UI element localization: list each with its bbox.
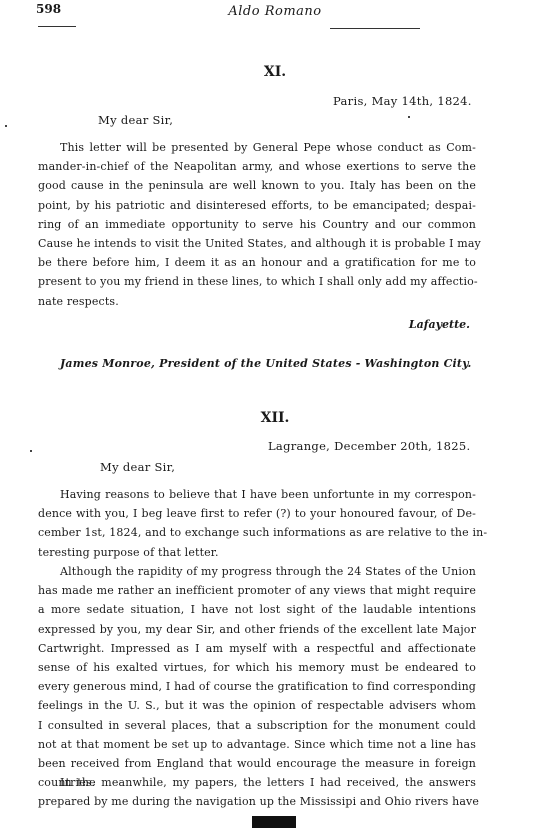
letter-xii-paragraph-3: In the meanwhile, my papers, the letters… (38, 773, 476, 811)
letter-xi-signature: Lafayette. (409, 318, 470, 331)
text-line: every generous mind, I had of course the… (38, 677, 476, 696)
scan-speck (408, 116, 410, 118)
text-line: a more sedate situation, I have not lost… (38, 600, 476, 619)
text-line: Cause he intends to visit the United Sta… (38, 234, 476, 253)
text-line: sense of his exalted virtues, for which … (38, 658, 476, 677)
text-line: dence with you, I beg leave first to ref… (38, 504, 476, 523)
letter-xi-numeral: XI. (0, 64, 550, 80)
text-line: This letter will be presented by General… (38, 138, 476, 157)
letter-xi-addressee: James Monroe, President of the United St… (60, 357, 472, 370)
letter-xii-dateline: Lagrange, December 20th, 1825. (268, 439, 470, 453)
letter-xi-dateline: Paris, May 14th, 1824. (333, 94, 472, 108)
text-line: Having reasons to believe that I have be… (38, 485, 476, 504)
text-line: Although the rapidity of my progress thr… (38, 562, 476, 581)
letter-xii-paragraph-1: Having reasons to believe that I have be… (38, 485, 476, 562)
scan-speck (5, 125, 7, 127)
text-line: Cartwright. Impressed as I am myself wit… (38, 639, 476, 658)
text-line: has made me rather an inefficient promot… (38, 581, 476, 600)
text-line: point, by his patriotic and disinteresed… (38, 196, 476, 215)
letter-xi-salutation: My dear Sir, (98, 113, 173, 127)
text-line: be there before him, I deem it as an hon… (38, 253, 476, 272)
text-line: not at that moment be set up to advantag… (38, 735, 476, 754)
text-line: feelings in the U. S., but it was the op… (38, 696, 476, 715)
text-line: In the meanwhile, my papers, the letters… (38, 773, 476, 792)
text-line: ring of an immediate opportunity to serv… (38, 215, 476, 234)
letter-xii-numeral: XII. (0, 410, 550, 426)
text-line: I consulted in several places, that a su… (38, 716, 476, 735)
text-line: nate respects. (38, 292, 476, 311)
scan-artifact-blob (252, 816, 296, 828)
text-line: good cause in the peninsula are well kno… (38, 176, 476, 195)
text-line: present to you my friend in these lines,… (38, 272, 476, 291)
text-line: cember 1st, 1824, and to exchange such i… (38, 523, 476, 542)
running-head: Aldo Romano (0, 4, 550, 19)
page-number-rule (38, 26, 76, 27)
text-line: been received from England that would en… (38, 754, 476, 773)
text-line: prepared by me during the navigation up … (38, 792, 476, 811)
text-line: teresting purpose of that letter. (38, 543, 476, 562)
letter-xii-salutation: My dear Sir, (100, 460, 175, 474)
letter-xii-paragraph-2: Although the rapidity of my progress thr… (38, 562, 476, 792)
text-line: mander-in-chief of the Neapolitan army, … (38, 157, 476, 176)
letter-xi-body: This letter will be presented by General… (38, 138, 476, 311)
scan-speck (30, 450, 32, 452)
text-line: expressed by you, my dear Sir, and other… (38, 620, 476, 639)
header-rule (330, 28, 420, 29)
